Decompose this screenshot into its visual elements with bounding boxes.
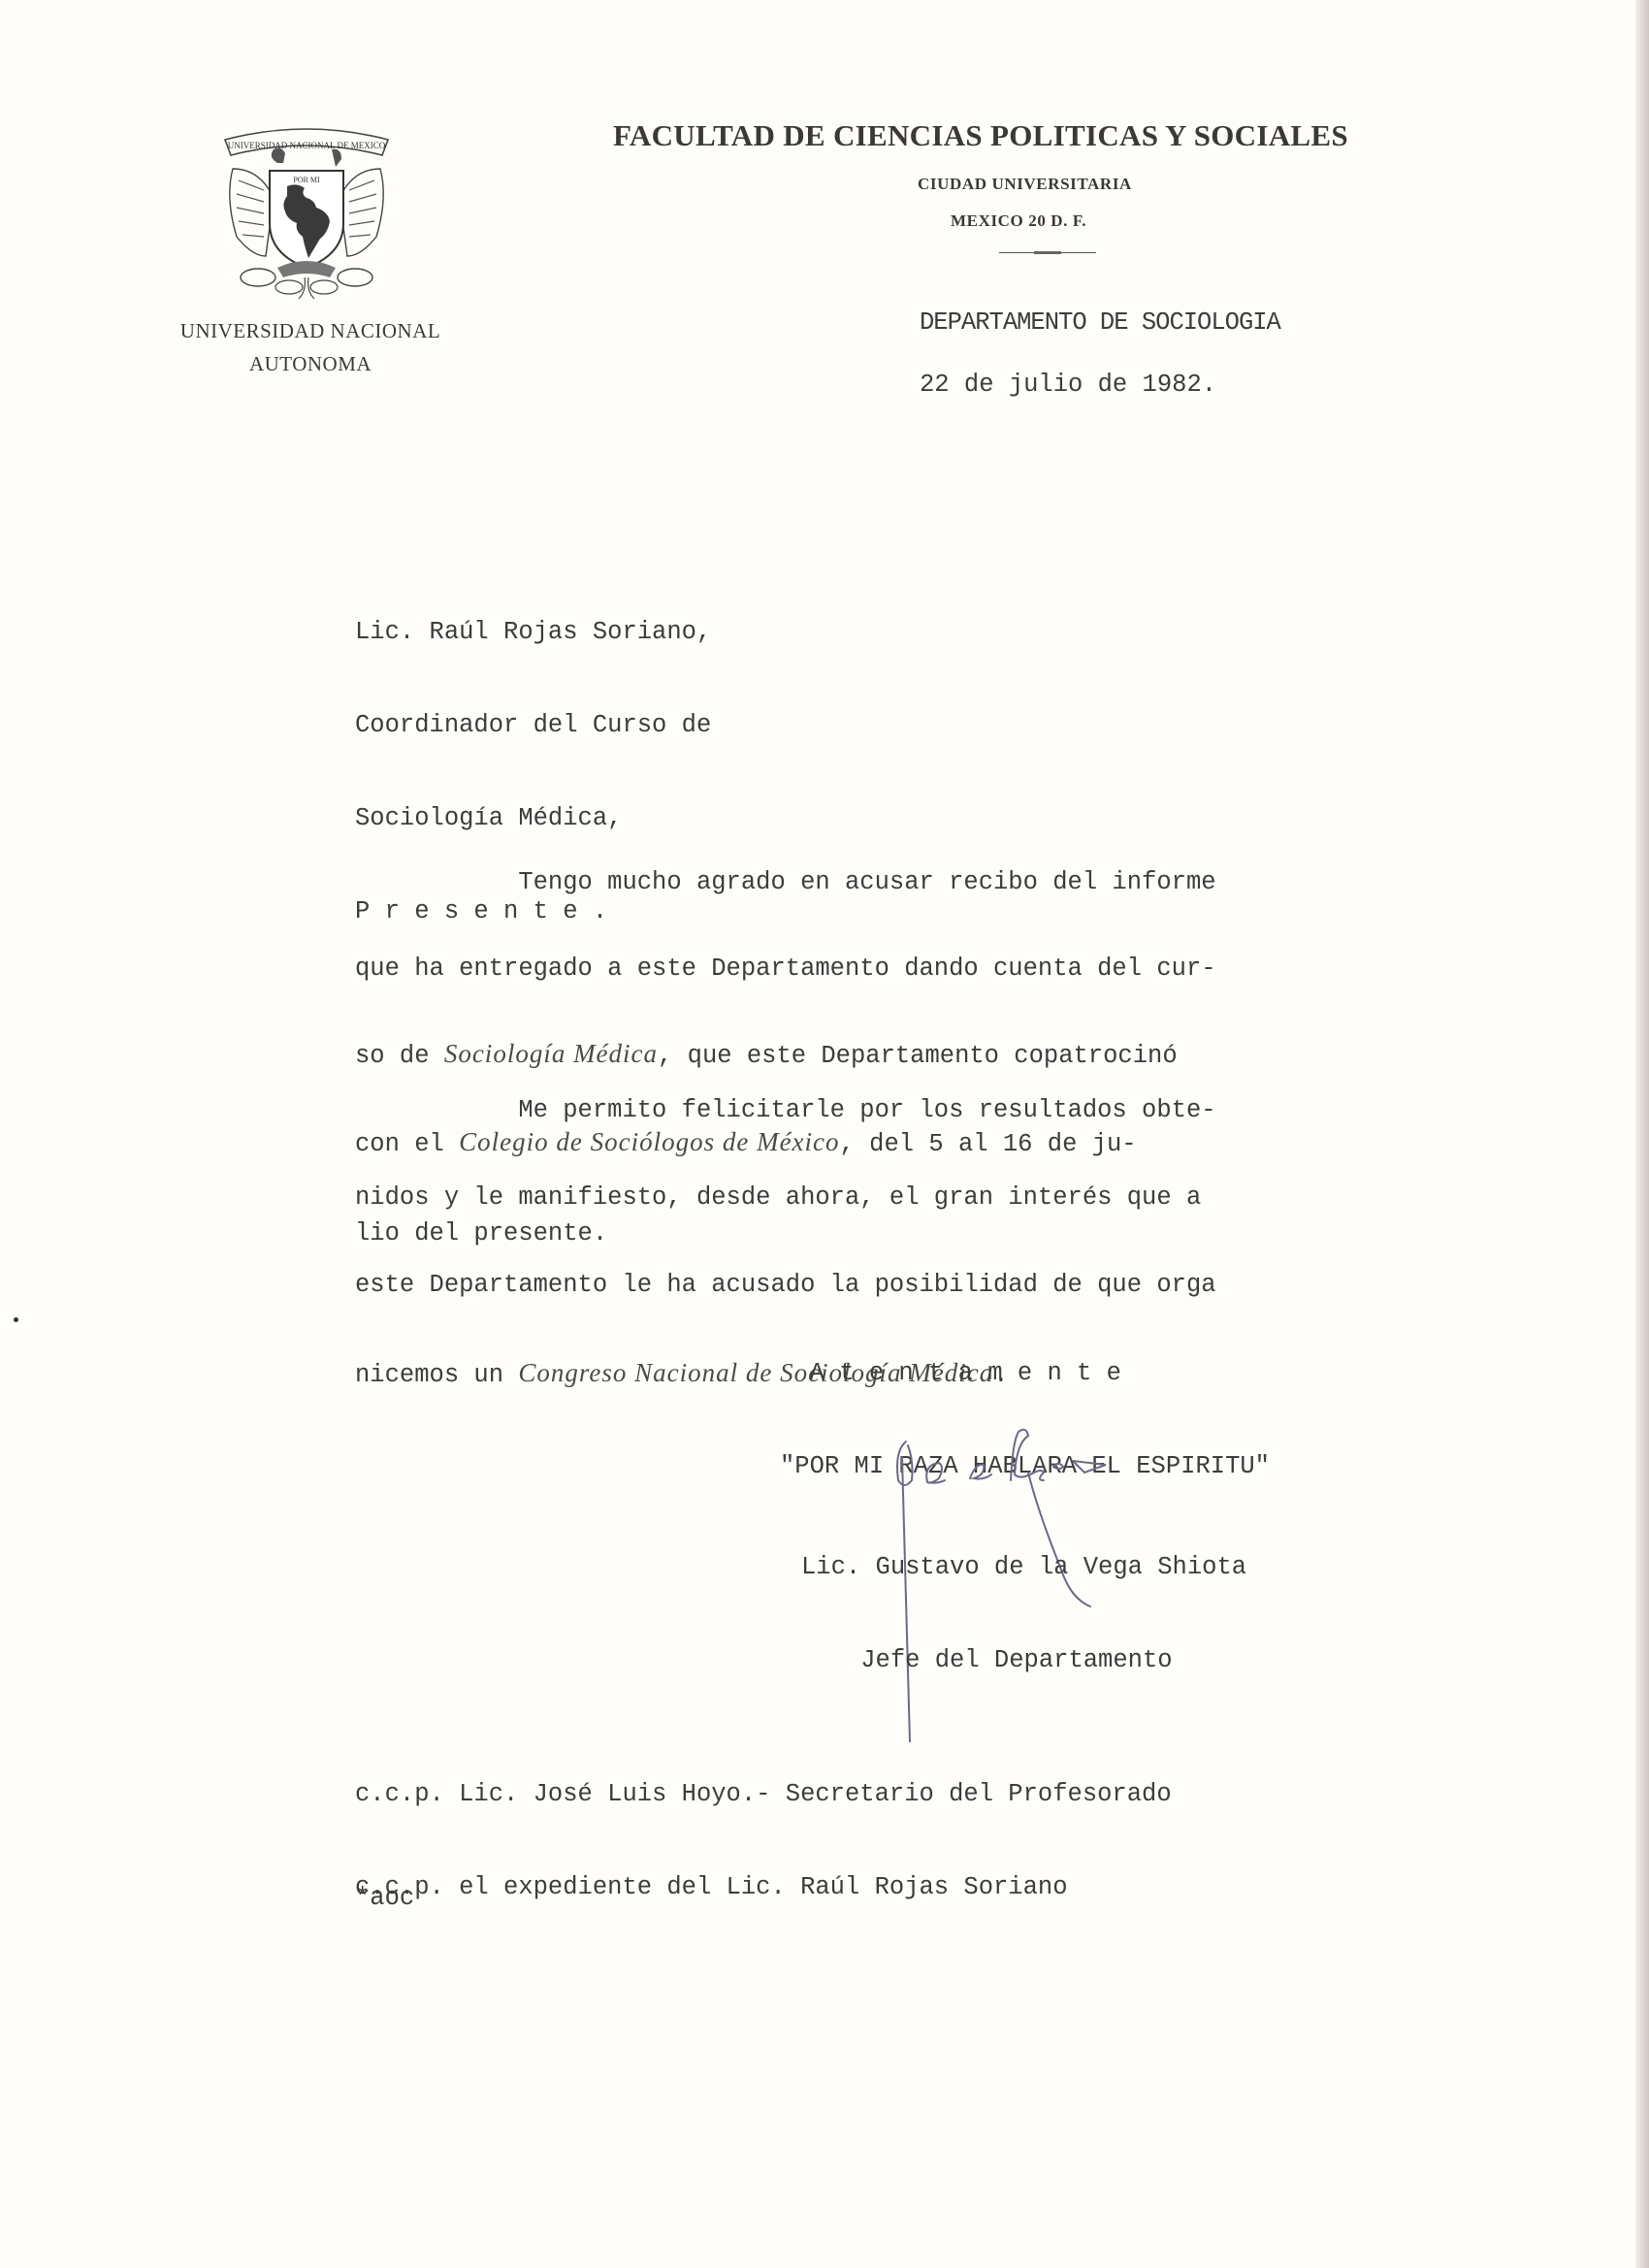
body-line: que ha entregado a este Departamento dan… bbox=[355, 955, 1216, 984]
body-line: Me permito felicitarle por los resultado… bbox=[355, 1096, 1216, 1125]
svg-text:POR MI: POR MI bbox=[293, 176, 320, 184]
svg-text:UNIVERSIDAD NACIONAL DE MEXICO: UNIVERSIDAD NACIONAL DE MEXICO bbox=[228, 141, 386, 150]
typist-initials: *aoc bbox=[355, 1884, 414, 1912]
department-name: DEPARTAMENTO DE SOCIOLOGIA bbox=[920, 308, 1280, 337]
signatory-name: Lic. Gustavo de la Vega Shiota bbox=[801, 1552, 1246, 1583]
university-name-line1: UNIVERSIDAD NACIONAL bbox=[175, 314, 446, 347]
stray-ink-dot bbox=[14, 1317, 18, 1322]
copy-line: c.c.p. el expediente del Lic. Raúl Rojas… bbox=[355, 1872, 1172, 1903]
body-line: nidos y le manifiesto, desde ahora, el g… bbox=[355, 1183, 1216, 1213]
addressee-line: Coordinador del Curso de bbox=[355, 710, 711, 741]
scan-edge-shadow bbox=[1635, 0, 1649, 2268]
university-name-line2: AUTONOMA bbox=[175, 347, 446, 380]
university-name: UNIVERSIDAD NACIONAL AUTONOMA bbox=[175, 314, 446, 380]
addressee-line: Lic. Raúl Rojas Soriano, bbox=[355, 617, 711, 648]
faculty-city: CIUDAD UNIVERSITARIA bbox=[918, 175, 1132, 194]
faculty-address: MEXICO 20 D. F. bbox=[951, 211, 1086, 231]
faculty-title: FACULTAD DE CIENCIAS POLITICAS Y SOCIALE… bbox=[613, 118, 1486, 153]
unam-seal-icon: UNIVERSIDAD NACIONAL DE MEXICO POR MI bbox=[219, 122, 394, 305]
signatory-title: Jefe del Departamento bbox=[801, 1645, 1246, 1676]
body-line: Tengo mucho agrado en acusar recibo del … bbox=[355, 868, 1216, 897]
salutation: A t e n t a m e n t e bbox=[780, 1358, 1270, 1389]
letterhead-divider bbox=[999, 251, 1096, 254]
copy-line: c.c.p. Lic. José Luis Hoyo.- Secretario … bbox=[355, 1779, 1172, 1810]
letter-page: UNIVERSIDAD NACIONAL DE MEXICO POR MI UN… bbox=[0, 0, 1649, 2268]
signatory-block: Lic. Gustavo de la Vega Shiota Jefe del … bbox=[801, 1490, 1246, 1738]
letter-date: 22 de julio de 1982. bbox=[920, 371, 1216, 399]
copies-block: c.c.p. Lic. José Luis Hoyo.- Secretario … bbox=[355, 1717, 1172, 1965]
